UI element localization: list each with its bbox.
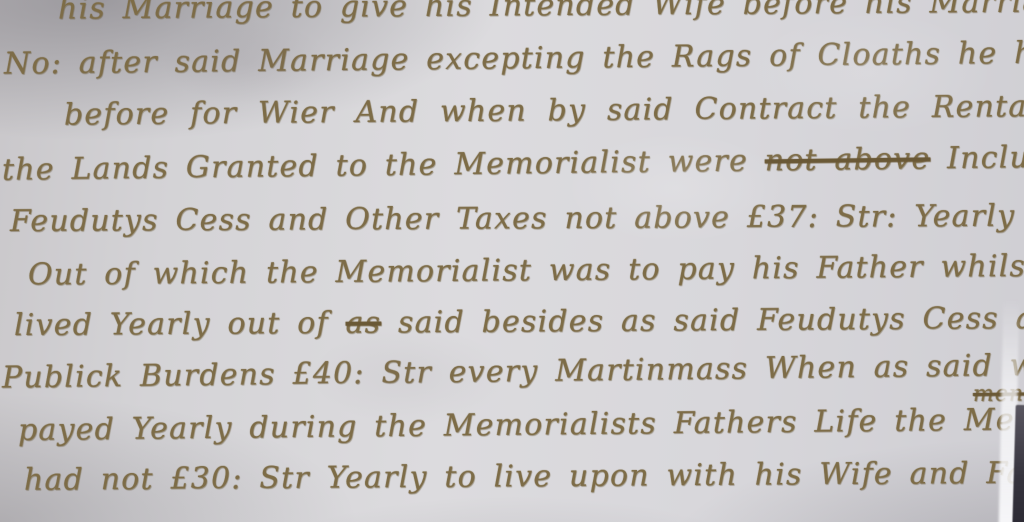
- handwritten-text: No: after said Marriage excepting the Ra…: [4, 35, 1024, 81]
- handwritten-text: his Marriage to give his Intended Wife b…: [58, 0, 1024, 27]
- handwritten-text: Feudutys Cess and Other Taxes not above …: [10, 198, 1024, 239]
- manuscript-line: Feudutys Cess and Other Taxes not above …: [10, 193, 1024, 245]
- handwritten-text: Publick Burdens £40: Str every Martinmas…: [2, 347, 1024, 395]
- struck-text: as: [345, 306, 381, 341]
- manuscript-line: his Marriage to give his Intended Wife b…: [58, 0, 1024, 33]
- manuscript-line: payed Yearly during the Memorialists Fat…: [18, 396, 1024, 454]
- handwritten-text: Including: [930, 139, 1024, 176]
- handwritten-text: said besides as said Feudutys Cess and O…: [381, 300, 1024, 341]
- manuscript-line: Publick Burdens £40: Str every Martinmas…: [2, 342, 1024, 401]
- manuscript-line: before for Wier And when by said Contrac…: [64, 83, 1024, 138]
- struck-text: not above: [765, 141, 931, 178]
- manuscript-line: lived Yearly out of as said besides as s…: [14, 295, 1024, 349]
- handwritten-text: had not £30: Str Yearly to live upon wit…: [24, 455, 1024, 498]
- manuscript-line: Out of which the Memorialist was to pay …: [28, 243, 1024, 298]
- handwritten-text: the Lands Granted to the Memorialist wer…: [2, 143, 765, 187]
- manuscript-line: had not £30: Str Yearly to live upon wit…: [24, 450, 1024, 504]
- handwritten-text: lived Yearly out of: [14, 306, 346, 343]
- handwritten-text: Out of which the Memorialist was to pay …: [28, 248, 1024, 292]
- manuscript-line: the Lands Granted to the Memorialist wer…: [2, 134, 1024, 193]
- manuscript-photo: his Marriage to give his Intended Wife b…: [0, 0, 1024, 522]
- handwritten-text: before for Wier And when by said Contrac…: [64, 88, 1024, 132]
- manuscript-line: No: after said Marriage excepting the Ra…: [4, 30, 1024, 87]
- handwritten-text: payed Yearly during the Memorialists Fat…: [18, 403, 964, 448]
